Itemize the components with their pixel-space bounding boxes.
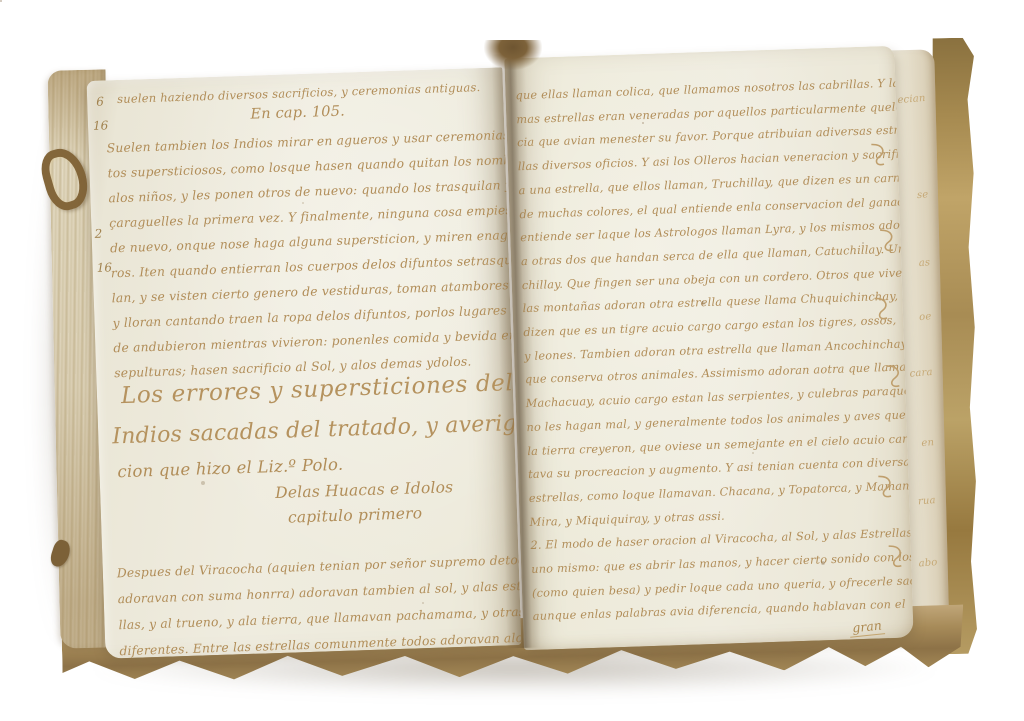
flourish-icon [874, 474, 895, 501]
fore-edge-fragment: abo [918, 557, 938, 569]
left-page-body: Suelen tambien los Indios mirar en aguer… [106, 123, 508, 386]
margin-number: 2 [94, 227, 102, 241]
catchword: gran [849, 617, 886, 638]
flourish-icon [867, 142, 888, 169]
flourish-icon [883, 364, 904, 391]
flourish-icon [876, 228, 897, 255]
fore-edge-fragment: en [921, 437, 935, 449]
fore-edge-fragment: rua [918, 495, 937, 507]
chapter-caption: En cap. 105. [197, 102, 397, 125]
left-page-paragraph: Despues del Viracocha (aquien tenian por… [116, 547, 517, 659]
running-line: suelen haziendo diversos sacrificios, y … [117, 80, 481, 106]
flourish-icon [885, 544, 906, 571]
section-title-block: Los errores y supersticiones delos Indio… [110, 363, 515, 536]
fore-edge-fragment: oe [918, 311, 931, 323]
fore-edge-fragment: as [918, 257, 930, 269]
photo-background: ecianseasoecaraenruaabo 616216 suelen ha… [0, 0, 1024, 721]
foxing-speckles [0, 0, 2, 2]
fore-edge-fragment: se [916, 189, 928, 201]
fore-edge-fragment: ecian [897, 93, 926, 106]
margin-number: 6 [96, 94, 104, 108]
right-page: que ellas llaman colica, que llamamos no… [504, 46, 913, 651]
right-page-body: que ellas llaman colica, que llamamos no… [515, 72, 903, 629]
flourish-icon [870, 296, 891, 323]
margin-number: 16 [93, 118, 109, 132]
margin-numbers: 616216 [90, 94, 108, 95]
left-page: 616216 suelen haziendo diversos sacrific… [87, 67, 522, 658]
fore-edge-fragment: cara [909, 367, 933, 380]
